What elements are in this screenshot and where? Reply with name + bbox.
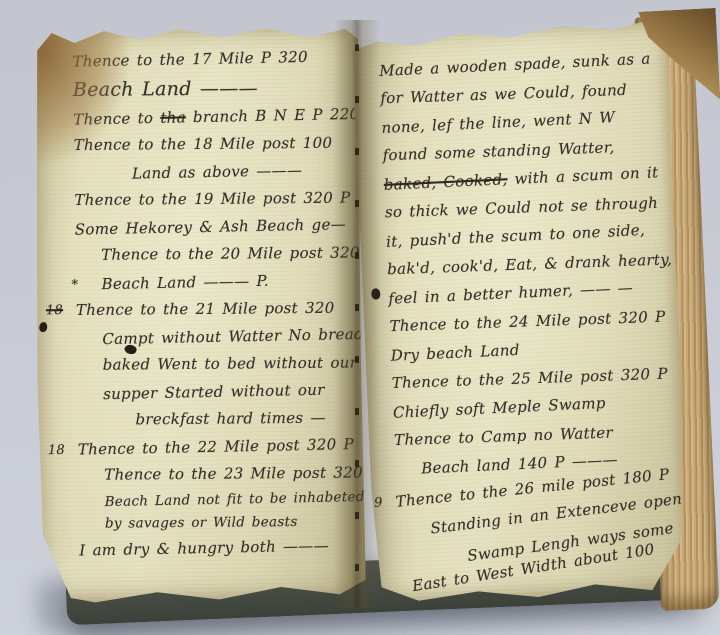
margin-number: 18 xyxy=(48,436,66,464)
manuscript-line: 18Thence to the 22 Mile post 320 P xyxy=(78,431,354,464)
struck-text: tha xyxy=(160,108,186,127)
manuscript-line: 18Thence to the 21 Mile post 320 xyxy=(76,295,352,325)
manuscript-line: Thence to the 19 Mile post 320 P xyxy=(74,185,350,215)
margin-number: 18 xyxy=(46,297,63,325)
ink-blot xyxy=(39,322,47,332)
manuscript-line: breckfast hard times — xyxy=(135,404,353,433)
line-text: Thence to Camp no Watter xyxy=(394,423,613,449)
line-text: for Watter as we Could, found xyxy=(380,80,627,107)
left-page: Thence to the 17 Mile P 320Beach Land ——… xyxy=(32,22,366,604)
manuscript-line: I am dry & hungry both ——— xyxy=(79,532,355,565)
photo-backdrop: Thence to the 17 Mile P 320Beach Land ——… xyxy=(0,0,720,635)
right-page: Made a wooden spade, sunk as afor Watter… xyxy=(352,19,691,605)
line-text: I am dry & hungry both ——— xyxy=(79,536,329,559)
line-text: feel in a better humer, —— — xyxy=(388,279,633,308)
manuscript-line: baked Went to bed without our xyxy=(103,350,353,380)
line-text: Thence to the 22 Mile post 320 P xyxy=(78,435,354,459)
line-text: by savages or Wild beasts xyxy=(105,513,298,531)
struck-text: baked, Cooked, xyxy=(383,170,507,194)
manuscript-line: Beach Land not fit to be inhabeted xyxy=(104,486,354,514)
margin-number: * xyxy=(71,271,78,299)
line-text: baked Went to bed without our xyxy=(103,353,358,373)
line-text: Campt without Watter No bread xyxy=(102,324,364,347)
manuscript-line: Campt without Watter No bread xyxy=(102,321,353,354)
line-text: Thence to the 20 Mile post 320 P xyxy=(101,243,377,263)
line-text: none, lef the line, went N W xyxy=(381,108,615,137)
manuscript-line: by savages or Wild beasts xyxy=(105,510,355,535)
manuscript-line: supper Started without our xyxy=(103,376,354,409)
line-text: supper Started without our xyxy=(103,380,325,402)
manuscript-line: Land as above ——— xyxy=(132,156,351,188)
right-page-text: Made a wooden spade, sunk as afor Watter… xyxy=(352,19,691,605)
manuscript-line: Thence to the 23 Mile post 320 xyxy=(104,460,354,490)
line-text: Thence to the 21 Mile post 320 xyxy=(76,299,335,319)
manuscript-line: *Beach Land ——— P. xyxy=(101,266,352,299)
line-text: Chiefly soft Meple Swamp xyxy=(393,394,606,422)
margin-number: 19 xyxy=(364,489,384,519)
line-text: Beach Land not fit to be inhabeted xyxy=(104,488,364,509)
line-text: with a scum on it xyxy=(507,163,659,188)
line-text: Some Hekorey & Ash Beach ge— xyxy=(75,215,346,238)
line-text: branch B N E P 220 xyxy=(186,104,360,125)
paper-stain xyxy=(18,11,130,163)
line-text: Beach Land ——— P. xyxy=(101,271,269,292)
line-text: found some standing Watter, xyxy=(382,138,615,164)
manuscript-line: Thence to the 20 Mile post 320 P xyxy=(101,240,351,270)
line-text: Thence to the 19 Mile post 320 P xyxy=(74,189,350,209)
open-notebook: Thence to the 17 Mile P 320Beach Land ——… xyxy=(0,0,720,635)
line-text: Land as above ——— xyxy=(132,161,302,182)
line-text: Dry beach Land xyxy=(390,341,520,365)
manuscript-line: Some Hekorey & Ash Beach ge— xyxy=(75,211,351,244)
line-text: Thence to the 23 Mile post 320 xyxy=(104,463,363,483)
line-text: it, push'd the scum to one side, xyxy=(386,221,646,251)
line-text: breckfast hard times — xyxy=(135,409,325,429)
